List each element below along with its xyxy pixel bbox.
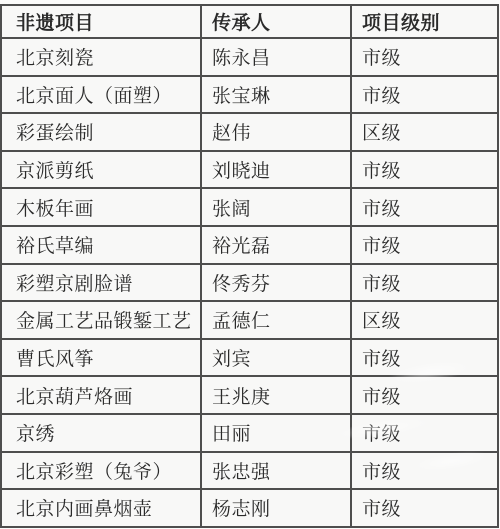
cell-level: 市级 [351, 264, 498, 302]
table-row: 北京刻瓷 陈永昌 市级 [1, 38, 498, 76]
cell-inheritor: 裕光磊 [201, 226, 351, 264]
cell-level: 市级 [351, 414, 498, 452]
table-row: 曹氏风筝 刘宾 市级 [1, 339, 498, 377]
cell-project: 北京彩塑（兔爷） [1, 452, 201, 490]
table-row: 木板年画 张阔 市级 [1, 188, 498, 226]
table-row: 金属工艺品锻錾工艺 孟德仁 区级 [1, 301, 498, 339]
cell-inheritor: 张宝琳 [201, 76, 351, 114]
cell-inheritor: 田丽 [201, 414, 351, 452]
cell-inheritor: 孟德仁 [201, 301, 351, 339]
cell-project: 北京葫芦烙画 [1, 376, 201, 414]
heritage-table: 非遗项目 传承人 项目级别 北京刻瓷 陈永昌 市级 北京面人（面塑） 张宝琳 市… [0, 4, 499, 528]
cell-project: 京绣 [1, 414, 201, 452]
cell-level: 市级 [351, 188, 498, 226]
cell-project: 北京内画鼻烟壶 [1, 489, 201, 527]
cell-level: 市级 [351, 76, 498, 114]
heritage-table-page: 非遗项目 传承人 项目级别 北京刻瓷 陈永昌 市级 北京面人（面塑） 张宝琳 市… [0, 0, 500, 529]
cell-project: 曹氏风筝 [1, 339, 201, 377]
table-row: 北京彩塑（兔爷） 张忠强 市级 [1, 452, 498, 490]
cell-level: 市级 [351, 38, 498, 76]
cell-project: 金属工艺品锻錾工艺 [1, 301, 201, 339]
table-row: 北京内画鼻烟壶 杨志刚 市级 [1, 489, 498, 527]
cell-project: 木板年画 [1, 188, 201, 226]
cell-level: 市级 [351, 452, 498, 490]
cell-inheritor: 佟秀芬 [201, 264, 351, 302]
cell-inheritor: 张忠强 [201, 452, 351, 490]
table-row: 北京面人（面塑） 张宝琳 市级 [1, 76, 498, 114]
column-header-level: 项目级别 [351, 5, 498, 38]
cell-inheritor: 陈永昌 [201, 38, 351, 76]
table-header-row: 非遗项目 传承人 项目级别 [1, 5, 498, 38]
table-row: 北京葫芦烙画 王兆庚 市级 [1, 376, 498, 414]
cell-level: 市级 [351, 339, 498, 377]
table-row: 裕氏草编 裕光磊 市级 [1, 226, 498, 264]
table-row: 京绣 田丽 市级 [1, 414, 498, 452]
table-row: 彩蛋绘制 赵伟 区级 [1, 113, 498, 151]
column-header-inheritor: 传承人 [201, 5, 351, 38]
cell-project: 北京刻瓷 [1, 38, 201, 76]
cell-project: 裕氏草编 [1, 226, 201, 264]
cell-level: 市级 [351, 489, 498, 527]
cell-level: 区级 [351, 113, 498, 151]
cell-project: 彩蛋绘制 [1, 113, 201, 151]
cell-inheritor: 杨志刚 [201, 489, 351, 527]
cell-level: 市级 [351, 376, 498, 414]
table-row: 京派剪纸 刘晓迪 市级 [1, 151, 498, 189]
cell-inheritor: 刘晓迪 [201, 151, 351, 189]
cell-inheritor: 王兆庚 [201, 376, 351, 414]
cell-level: 市级 [351, 226, 498, 264]
cell-project: 彩塑京剧脸谱 [1, 264, 201, 302]
cell-inheritor: 赵伟 [201, 113, 351, 151]
cell-inheritor: 刘宾 [201, 339, 351, 377]
table-row: 彩塑京剧脸谱 佟秀芬 市级 [1, 264, 498, 302]
cell-project: 北京面人（面塑） [1, 76, 201, 114]
cell-level: 市级 [351, 151, 498, 189]
cell-level: 区级 [351, 301, 498, 339]
column-header-project: 非遗项目 [1, 5, 201, 38]
cell-inheritor: 张阔 [201, 188, 351, 226]
cell-project: 京派剪纸 [1, 151, 201, 189]
